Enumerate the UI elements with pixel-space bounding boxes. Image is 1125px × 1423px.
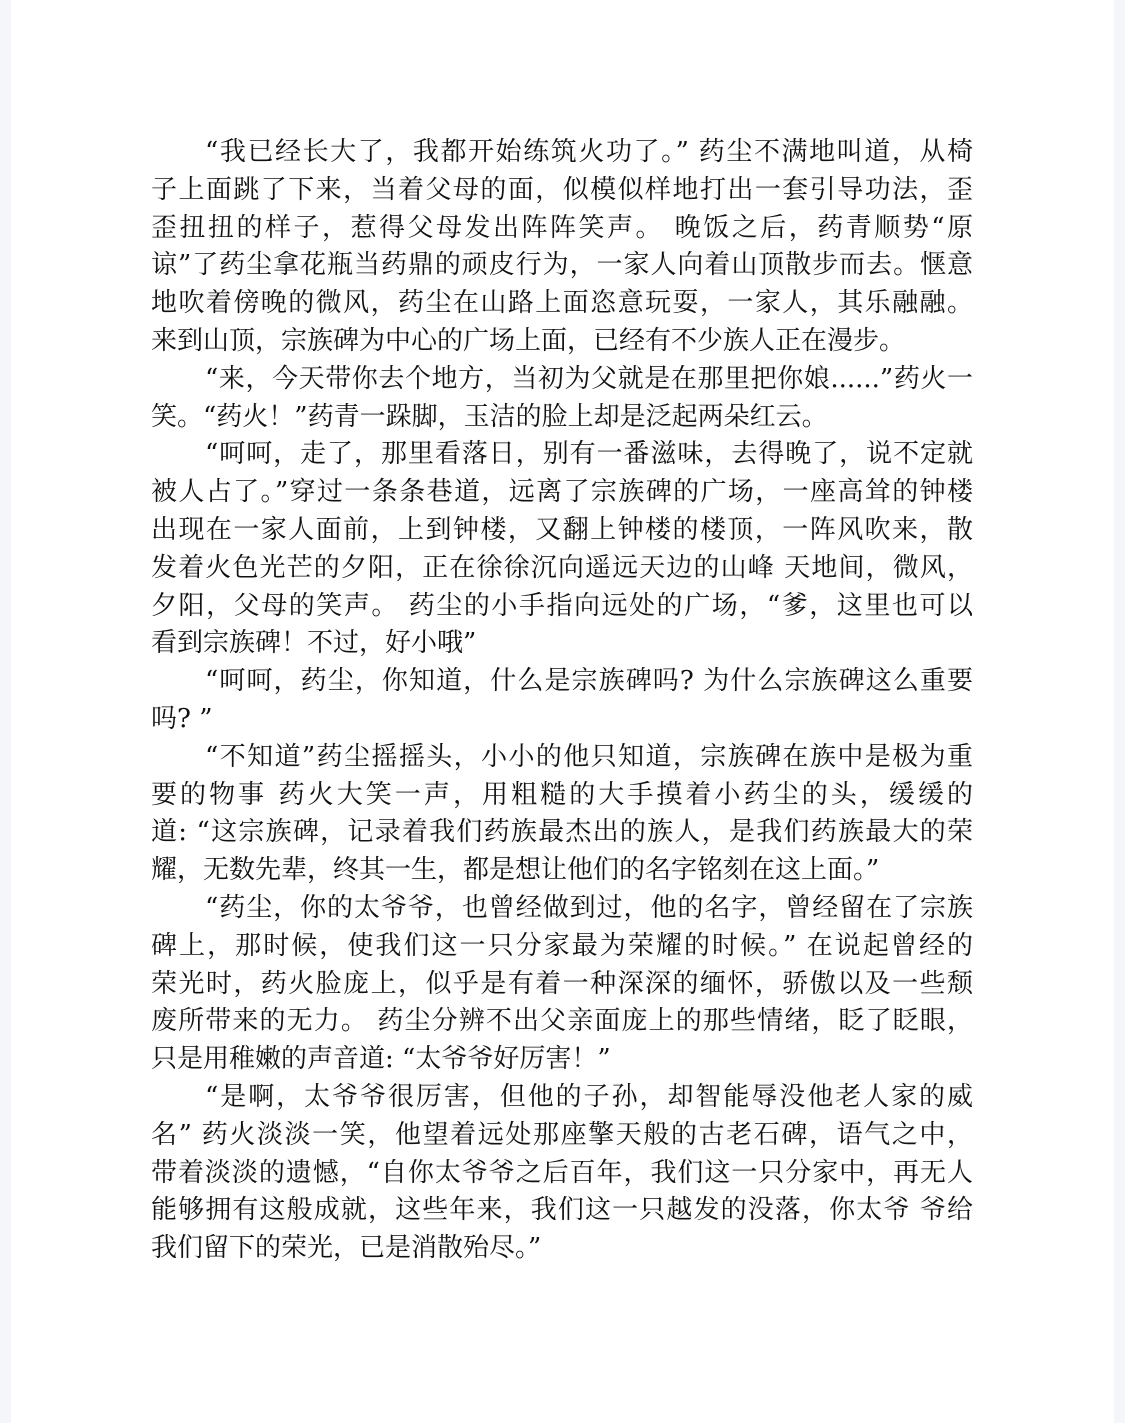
paragraph: “呵呵，药尘，你知道，什么是宗族碑吗? 为什么宗族碑这么重要 吗? ” <box>151 663 973 739</box>
paragraph: “我已经长大了，我都开始练筑火功了。” 药尘不满地叫道，从椅 子上面跳了下来，当… <box>151 134 973 361</box>
text-line: 被人占了。”穿过一条条巷道，远离了宗族碑的广场，一座高耸的钟楼 <box>151 474 973 512</box>
text-line: 只是用稚嫩的声音道: “太爷爷好厉害！” <box>151 1041 973 1079</box>
text-line: 歪扭扭的样子，惹得父母发出阵阵笑声。 晚饭之后，药青顺势“原 <box>151 210 973 248</box>
text-line: 出现在一家人面前，上到钟楼，又翻上钟楼的楼顶，一阵风吹来，散 <box>151 512 973 550</box>
text-line: “呵呵，药尘，你知道，什么是宗族碑吗? 为什么宗族碑这么重要 <box>151 663 973 701</box>
paragraph: “是啊，太爷爷很厉害，但他的子孙，却智能辱没他老人家的威 名” 药火淡淡一笑，他… <box>151 1079 973 1268</box>
scrollbar-track[interactable] <box>1114 0 1125 1423</box>
text-line: “是啊，太爷爷很厉害，但他的子孙，却智能辱没他老人家的威 <box>151 1079 973 1117</box>
text-line: 我们留下的荣光，已是消散殆尽。” <box>151 1230 973 1268</box>
text-line: 能够拥有这般成就，这些年来，我们这一只越发的没落，你太爷 爷给 <box>151 1192 973 1230</box>
text-line: 荣光时，药火脸庞上，似乎是有着一种深深的缅怀，骄傲以及一些颓 <box>151 966 973 1004</box>
text-line: 耀，无数先辈，终其一生，都是想让他们的名字铭刻在这上面。” <box>151 852 973 890</box>
text-line: 夕阳，父母的笑声。 药尘的小手指向远处的广场，“爹，这里也可以 <box>151 588 973 626</box>
text-line: 道: “这宗族碑，记录着我们药族最杰出的族人，是我们药族最大的荣 <box>151 814 973 852</box>
text-line: 名” 药火淡淡一笑，他望着远处那座擎天般的古老石碑，语气之中， <box>151 1117 973 1155</box>
text-line: 吗? ” <box>151 701 973 739</box>
text-line: “来，今天带你去个地方，当初为父就是在那里把你娘......”药火一 <box>151 361 973 399</box>
text-line: “不知道”药尘摇摇头，小小的他只知道，宗族碑在族中是极为重 <box>151 739 973 777</box>
text-line: 地吹着傍晚的微风，药尘在山路上面恣意玩耍，一家人，其乐融融。 <box>151 285 973 323</box>
text-line: 废所带来的无力。 药尘分辨不出父亲面庞上的那些情绪，眨了眨眼， <box>151 1003 973 1041</box>
text-line: “药尘，你的太爷爷，也曾经做到过，他的名字，曾经留在了宗族 <box>151 890 973 928</box>
paragraph: “来，今天带你去个地方，当初为父就是在那里把你娘......”药火一 笑。“药火… <box>151 361 973 437</box>
paragraph: “药尘，你的太爷爷，也曾经做到过，他的名字，曾经留在了宗族 碑上，那时候，使我们… <box>151 890 973 1079</box>
paragraph: “不知道”药尘摇摇头，小小的他只知道，宗族碑在族中是极为重 要的物事 药火大笑一… <box>151 739 973 890</box>
text-line: 来到山顶，宗族碑为中心的广场上面，已经有不少族人正在漫步。 <box>151 323 973 361</box>
document-body: “我已经长大了，我都开始练筑火功了。” 药尘不满地叫道，从椅 子上面跳了下来，当… <box>151 134 973 1268</box>
text-line: “我已经长大了，我都开始练筑火功了。” 药尘不满地叫道，从椅 <box>151 134 973 172</box>
paragraph: “呵呵，走了，那里看落日，别有一番滋味，去得晚了，说不定就 被人占了。”穿过一条… <box>151 436 973 663</box>
text-line: 笑。“药火！”药青一跺脚，玉洁的脸上却是泛起两朵红云。 <box>151 399 973 437</box>
left-gutter <box>0 0 11 1423</box>
text-line: 谅”了药尘拿花瓶当药鼎的顽皮行为，一家人向着山顶散步而去。惬意 <box>151 247 973 285</box>
text-line: 要的物事 药火大笑一声，用粗糙的大手摸着小药尘的头，缓缓的 <box>151 777 973 815</box>
text-line: “呵呵，走了，那里看落日，别有一番滋味，去得晚了，说不定就 <box>151 436 973 474</box>
text-line: 看到宗族碑！不过，好小哦” <box>151 625 973 663</box>
text-line: 子上面跳了下来，当着父母的面，似模似样地打出一套引导功法，歪 <box>151 172 973 210</box>
text-line: 发着火色光芒的夕阳，正在徐徐沉向遥远天边的山峰 天地间，微风， <box>151 550 973 588</box>
text-line: 碑上，那时候，使我们这一只分家最为荣耀的时候。” 在说起曾经的 <box>151 928 973 966</box>
text-line: 带着淡淡的遗憾，“自你太爷爷之后百年，我们这一只分家中，再无人 <box>151 1155 973 1193</box>
document-page: “我已经长大了，我都开始练筑火功了。” 药尘不满地叫道，从椅 子上面跳了下来，当… <box>11 0 1114 1423</box>
